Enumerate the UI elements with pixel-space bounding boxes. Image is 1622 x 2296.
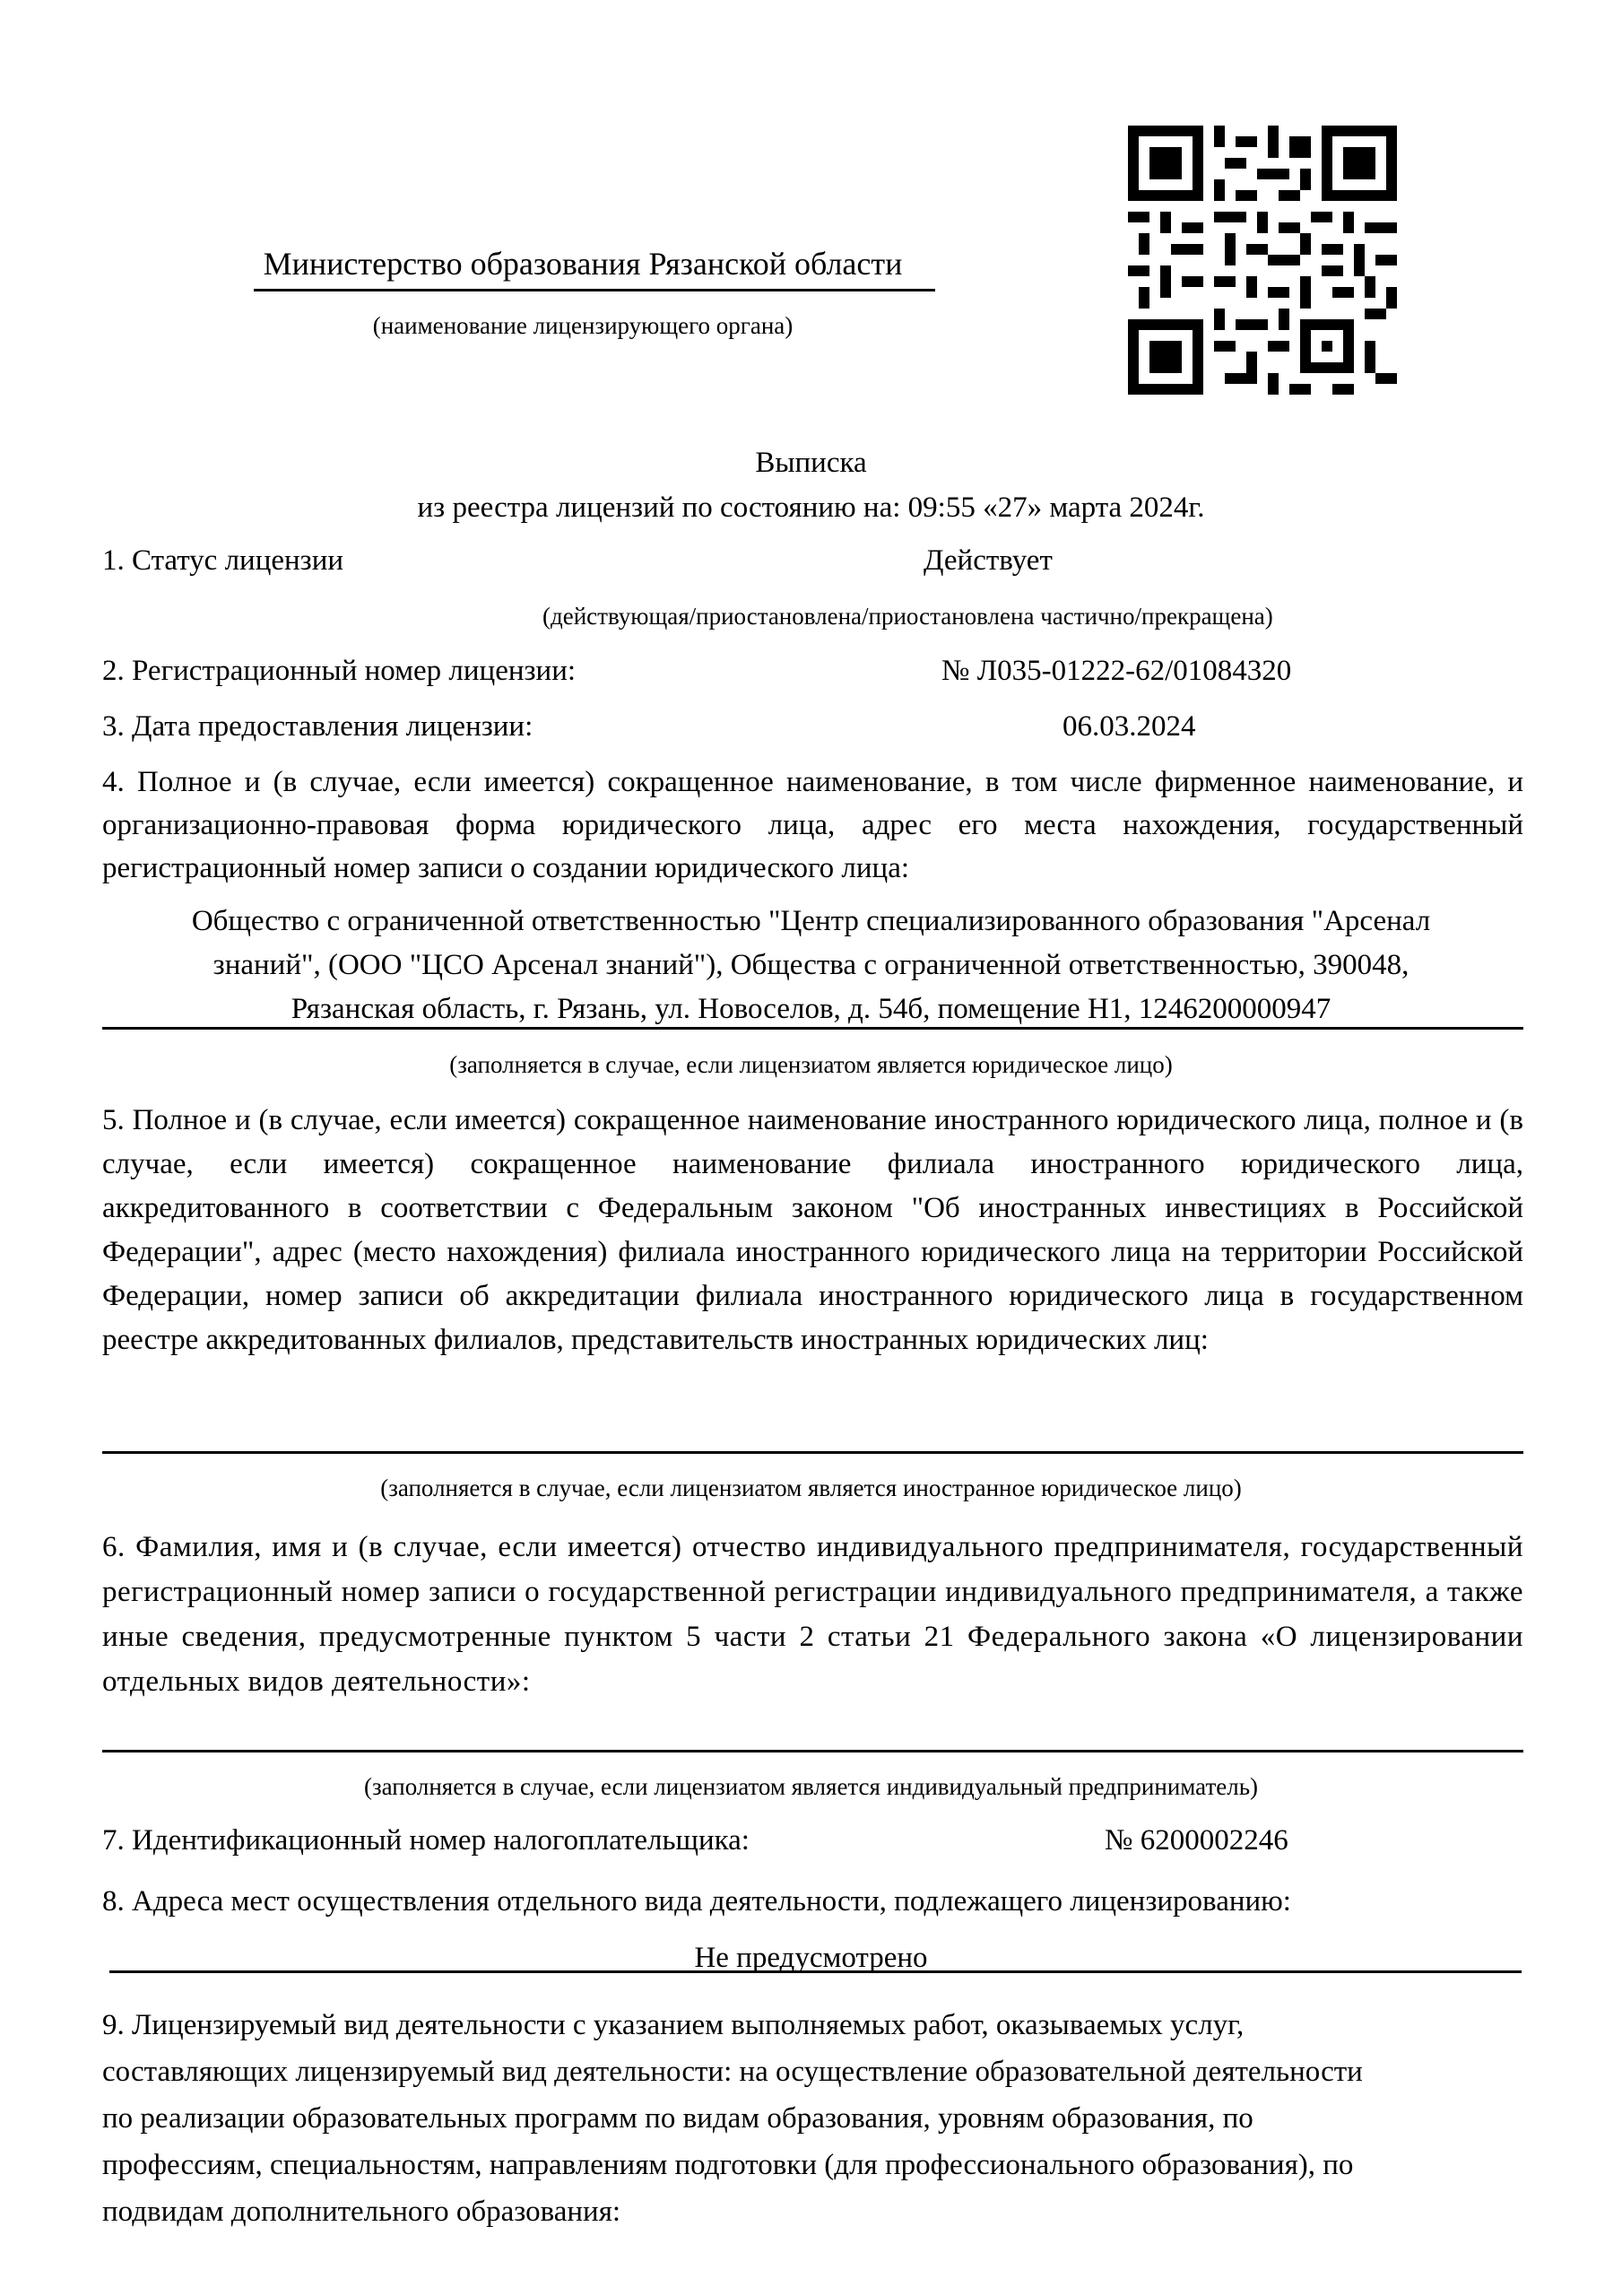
item-9-line-2: составляющих лицензируемый вид деятельно… bbox=[102, 2054, 1363, 2090]
item-4-underline bbox=[102, 1027, 1523, 1030]
item-2-label: 2. Регистрационный номер лицензии: bbox=[102, 653, 576, 689]
item-5-label: 5. Полное и (в случае, если имеется) сок… bbox=[102, 1099, 1523, 1362]
item-1-label: 1. Статус лицензии bbox=[102, 543, 343, 578]
authority-underline bbox=[254, 289, 935, 291]
item-5-caption: (заполняется в случае, если лицензиатом … bbox=[0, 1473, 1622, 1503]
item-6-caption: (заполняется в случае, если лицензиатом … bbox=[0, 1771, 1622, 1802]
item-6-underline bbox=[102, 1750, 1523, 1752]
qr-code-icon bbox=[1128, 126, 1397, 395]
item-8-label: 8. Адреса мест осуществления отдельного … bbox=[102, 1883, 1291, 1919]
item-5-underline bbox=[102, 1451, 1523, 1454]
document-title: Выписка bbox=[0, 445, 1622, 481]
authority-caption: (наименование лицензирующего органа) bbox=[179, 310, 986, 341]
item-3-value: 06.03.2024 bbox=[1063, 709, 1196, 744]
authority-name: Министерство образования Рязанской облас… bbox=[179, 246, 986, 282]
item-7-label: 7. Идентификационный номер налогоплатель… bbox=[102, 1822, 750, 1858]
item-9-line-5: подвидам дополнительного образования: bbox=[102, 2194, 620, 2230]
item-1-caption: (действующая/приостановлена/приостановле… bbox=[542, 601, 1273, 631]
item-6-label: 6. Фамилия, имя и (в случае, если имеетс… bbox=[102, 1525, 1523, 1704]
item-8-underline bbox=[109, 1970, 1522, 1973]
item-9-line-4: профессиям, специальностям, направлениям… bbox=[102, 2147, 1353, 2183]
item-1-value: Действует bbox=[924, 543, 1053, 578]
item-4-value-line-2: знаний", (ООО "ЦСО Арсенал знаний"), Общ… bbox=[90, 947, 1532, 983]
item-9-line-1: 9. Лицензируемый вид деятельности с указ… bbox=[102, 2007, 1244, 2043]
item-4-value-line-3: Рязанская область, г. Рязань, ул. Новосе… bbox=[90, 991, 1532, 1027]
item-4-caption: (заполняется в случае, если лицензиатом … bbox=[0, 1049, 1622, 1080]
item-4-label: 4. Полное и (в случае, если имеется) сок… bbox=[102, 761, 1523, 890]
item-4-value-line-1: Общество с ограниченной ответственностью… bbox=[90, 903, 1532, 939]
item-2-value: № Л035-01222-62/01084320 bbox=[941, 653, 1291, 689]
document-subtitle: из реестра лицензий по состоянию на: 09:… bbox=[0, 490, 1622, 526]
item-9-line-3: по реализации образовательных программ п… bbox=[102, 2100, 1253, 2136]
item-3-label: 3. Дата предоставления лицензии: bbox=[102, 709, 533, 744]
item-7-value: № 6200002246 bbox=[1105, 1822, 1288, 1858]
